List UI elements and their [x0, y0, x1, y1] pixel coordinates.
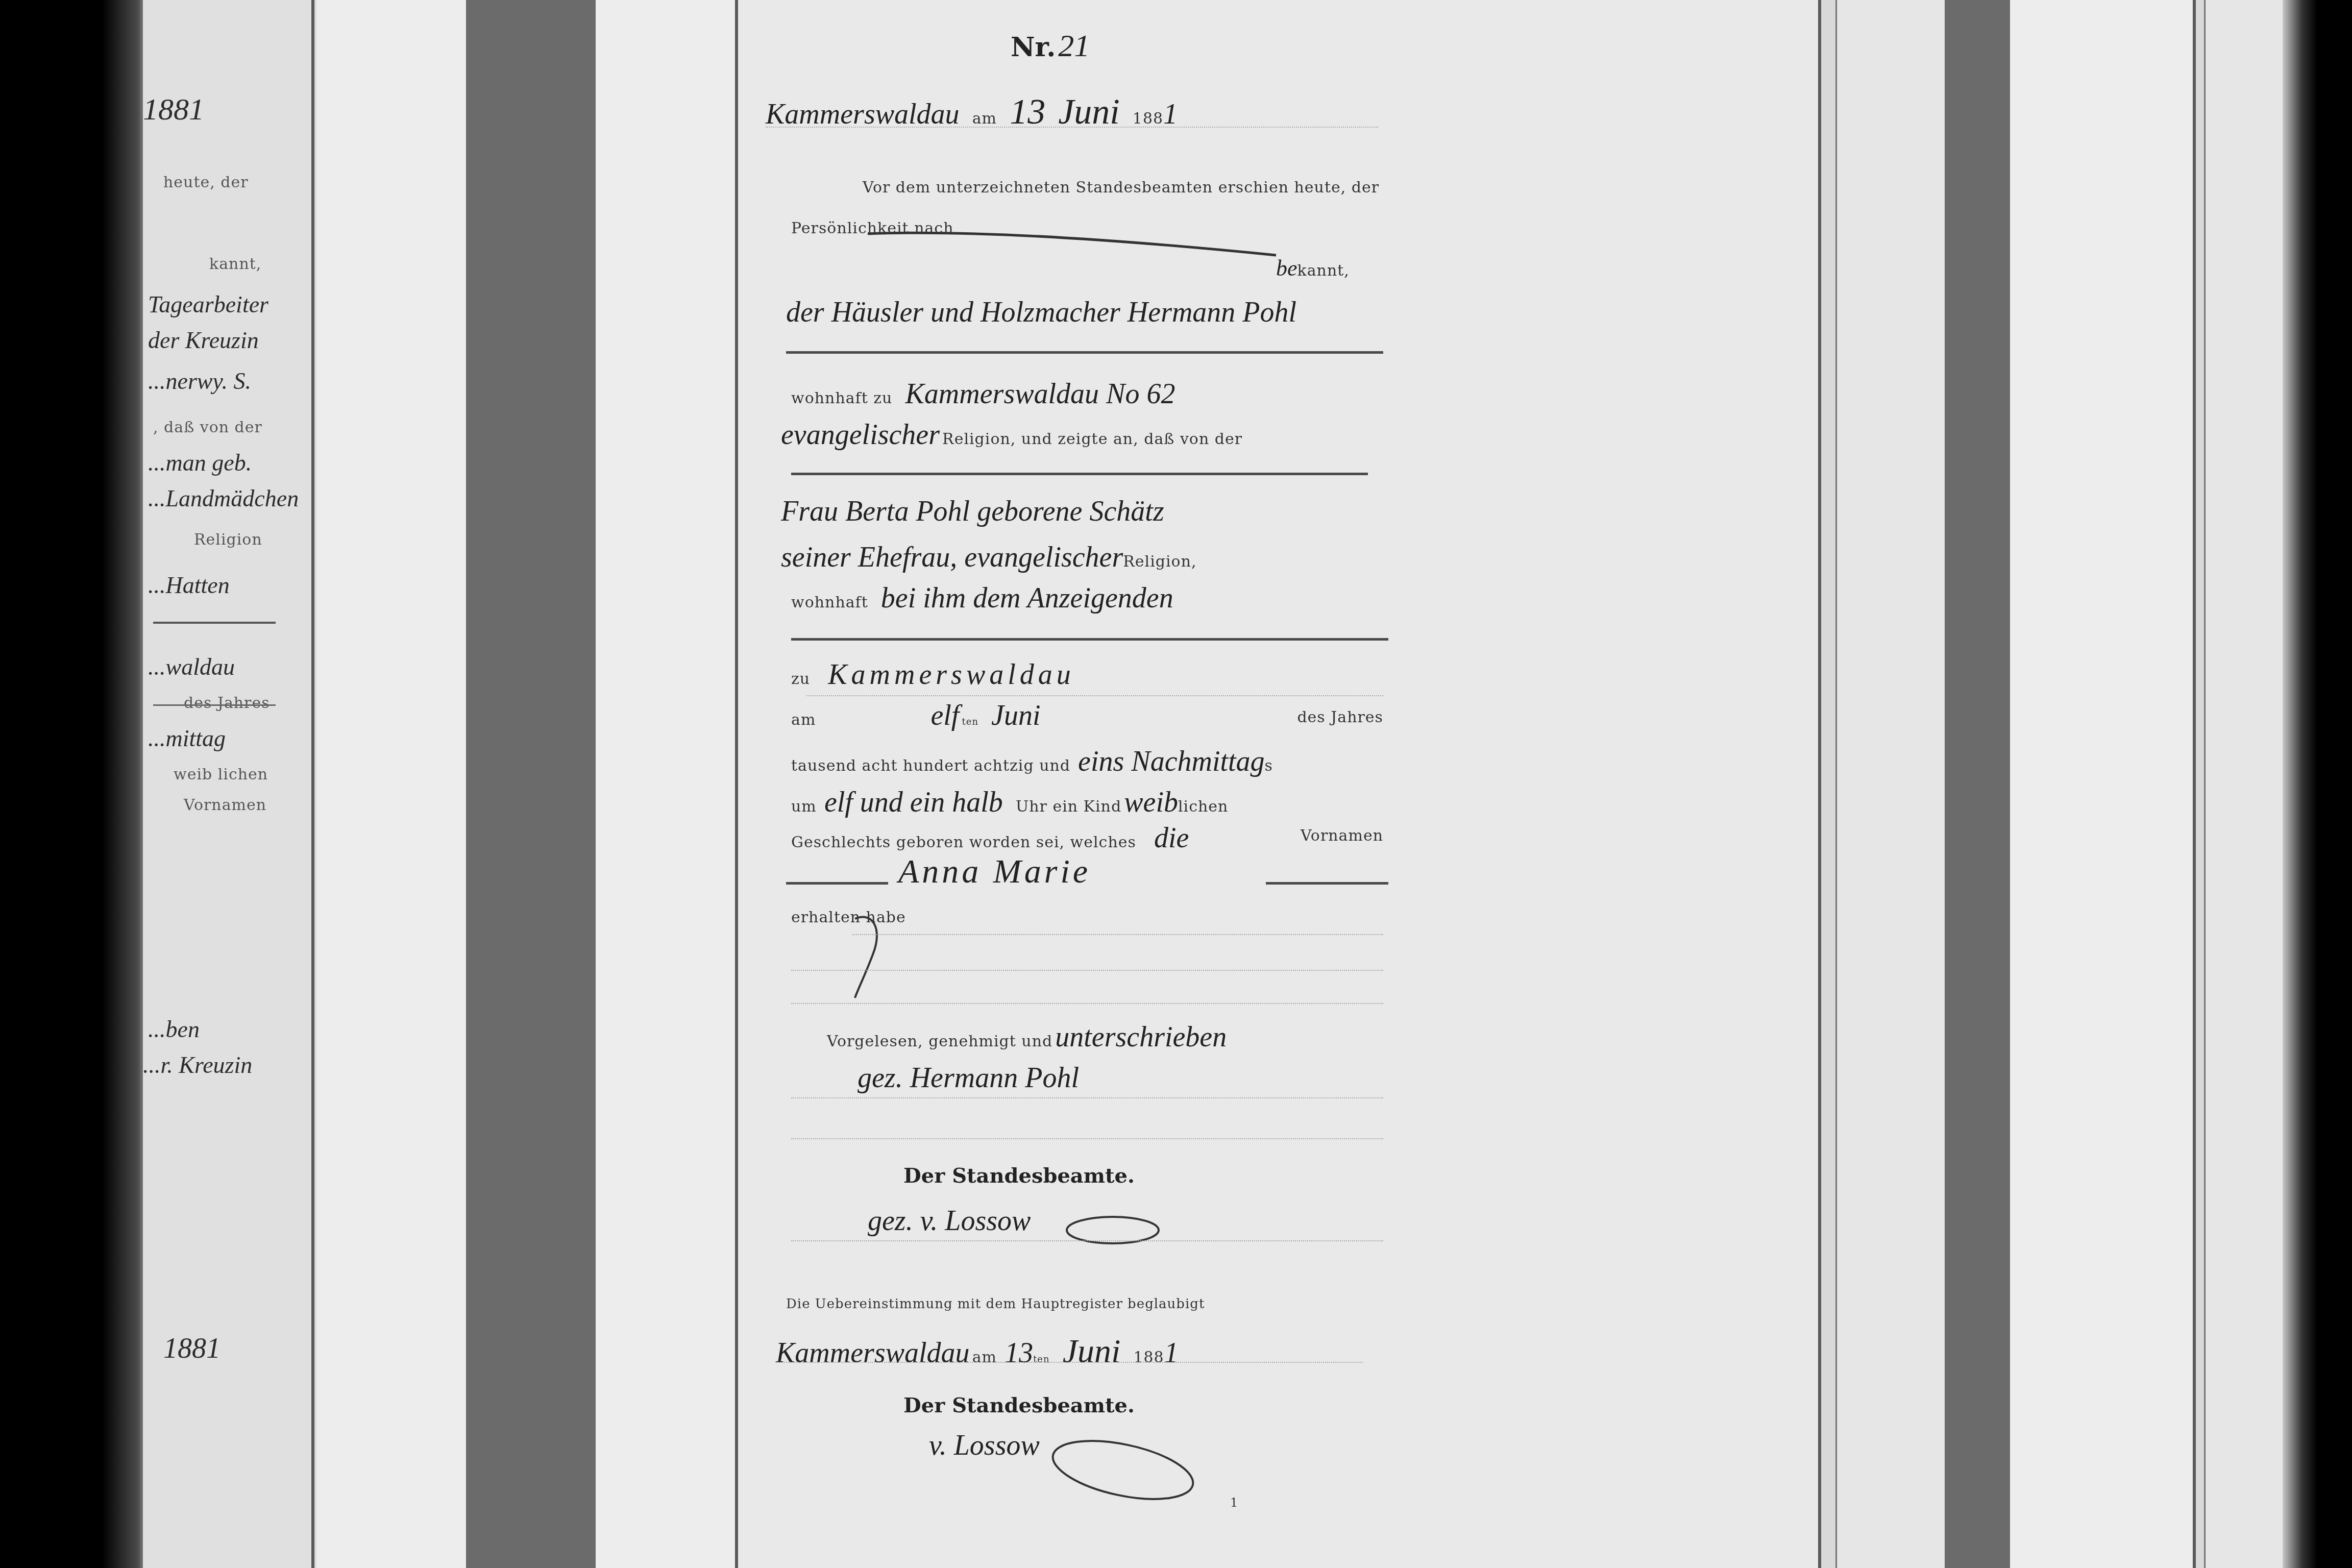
header-dotted-line	[766, 127, 1378, 128]
mother-residence-value: bei ihm dem Anzeigenden	[881, 582, 1173, 614]
received-dotted-3	[791, 1003, 1383, 1004]
date-am-label: am	[791, 711, 816, 729]
left-fragment-place: ...waldau	[148, 653, 235, 680]
religion-value: evangelischer	[781, 419, 940, 451]
born-print: Geschlechts geboren worden sei, welches	[791, 834, 1136, 851]
left-fragment-rule-2	[153, 704, 276, 706]
date-month: Juni	[991, 700, 1040, 731]
right-page-edge-inner	[2204, 0, 2206, 1568]
main-register-page: Nr. 21 Kammerswaldau am 13 Juni 1881 Vor…	[735, 0, 1820, 1568]
right-page-edge	[2193, 0, 2196, 1568]
rule-mother	[791, 638, 1388, 641]
left-page-fragment: 1881 heute, der kannt, Tagearbeiter der …	[143, 0, 311, 1568]
religion-line: evangelischer Religion, und zeigte an, d…	[781, 419, 1242, 451]
header-place: Kammerswaldau	[766, 99, 960, 130]
time-label: um	[791, 798, 817, 816]
header-day: 13	[1010, 92, 1045, 132]
year-words-hand: eins Nachmittag	[1078, 746, 1265, 777]
mother-residence-line: wohnhaft bei ihm dem Anzeigenden	[791, 582, 1173, 615]
entry-number: Nr. 21	[1011, 28, 1090, 64]
mother-relation: seiner Ehefrau, evangelischer	[781, 542, 1123, 573]
left-fragment-line-f: ...Hatten	[148, 572, 230, 599]
born-line: Geschlechts geboren worden sei, welches …	[791, 822, 1383, 854]
signature-dotted	[791, 1097, 1383, 1098]
birthplace-dotted	[806, 695, 1383, 696]
sex-print: lichen	[1178, 798, 1228, 816]
left-fragment-mittag: ...mittag	[148, 725, 226, 752]
main-page-right-edge	[1818, 0, 1821, 1568]
scan-border-right	[2282, 0, 2352, 1568]
header-year-prefix: 188	[1133, 110, 1163, 128]
left-fragment-line-c: ...nerwy. S.	[148, 367, 251, 395]
left-margin-paper	[316, 0, 466, 1568]
year-words-suffix: s	[1265, 757, 1273, 775]
left-fragment-jahres: des Jahres	[184, 694, 270, 712]
header-month: Juni	[1058, 92, 1120, 132]
cert-year-prefix: 188	[1133, 1349, 1164, 1366]
certification-statement: Die Uebereinstimmung mit dem Hauptregist…	[786, 1296, 1205, 1312]
read-approved-hand: unterschrieben	[1055, 1021, 1227, 1053]
header-year-suffix: 1	[1163, 99, 1178, 130]
right-margin-paper	[2010, 0, 2195, 1568]
sex-value: weib	[1124, 787, 1178, 818]
birthplace-line: zu Kammerswaldau	[791, 658, 1075, 691]
scan-border-left	[0, 0, 148, 1568]
residence-label: wohnhaft zu	[791, 389, 892, 407]
informant-signature: gez. Hermann Pohl	[857, 1062, 1079, 1094]
birthdate-line: am elf ten Juni des Jahres	[791, 699, 1383, 732]
cert-day: 13	[1004, 1337, 1033, 1369]
registrar-dotted	[791, 1240, 1383, 1241]
left-fragment-rule	[153, 622, 276, 624]
identity-suffix-hand: be	[1276, 256, 1297, 281]
entry-number-value: 21	[1058, 29, 1090, 63]
residence-value: Kammerswaldau No 62	[905, 378, 1175, 410]
left-fragment-vornamen: Vornamen	[184, 796, 266, 814]
cert-registrar-title: Der Standesbeamte.	[903, 1393, 1135, 1417]
article-hand: die	[1154, 822, 1189, 854]
received-dotted	[852, 934, 1383, 935]
cert-dotted	[776, 1362, 1363, 1363]
left-fragment-line-d: ...man geb.	[148, 449, 252, 476]
left-fragment-sign-b: ...r. Kreuzin	[143, 1051, 252, 1079]
certification-place-date: Kammerswaldau am 13ten Juni 1881	[776, 1332, 1179, 1371]
page-mark: 1	[1230, 1496, 1238, 1510]
residence-line: wohnhaft zu Kammerswaldau No 62	[791, 378, 1175, 410]
left-fragment-heute: heute, der	[163, 174, 249, 191]
right-page-fragment	[2206, 0, 2283, 1568]
main-page-left-edge	[735, 0, 738, 1568]
left-fragment-year-bottom: 1881	[163, 1332, 220, 1365]
left-fragment-religion: Religion	[194, 531, 262, 549]
cert-month: Juni	[1063, 1333, 1121, 1370]
cert-registrar-flourish	[1041, 1434, 1205, 1506]
rule-name-right	[1266, 882, 1388, 885]
religion-print: Religion, und zeigte an, daß von der	[942, 430, 1242, 448]
left-fragment-line-a: Tagearbeiter	[148, 291, 268, 318]
rule-name-left	[786, 882, 888, 885]
time-print: Uhr ein Kind	[1016, 798, 1121, 816]
date-day: elf	[930, 700, 959, 731]
intro-line: Vor dem unterzeichneten Standesbeamten e…	[863, 179, 1379, 197]
rule-religion	[791, 473, 1368, 475]
registrar-flourish	[1062, 1205, 1164, 1256]
left-fragment-line-b: der Kreuzin	[148, 327, 259, 354]
identity-suffix-print: kannt,	[1297, 262, 1350, 280]
left-gutter-paper	[596, 0, 735, 1568]
mother-religion-print: Religion,	[1123, 553, 1196, 571]
left-fragment-dass: , daß von der	[153, 419, 262, 436]
mother-line2: seiner Ehefrau, evangelischerReligion,	[781, 541, 1197, 574]
received-hook-stroke	[852, 914, 893, 1000]
vornamen-label: Vornamen	[1301, 827, 1383, 845]
mother-residence-label: wohnhaft	[791, 594, 868, 611]
time-line: um elf und ein halb Uhr ein Kind weiblic…	[791, 786, 1383, 819]
date-ten: ten	[962, 717, 978, 727]
rule-informant	[786, 351, 1383, 354]
registrar-signature: gez. v. Lossow	[868, 1205, 1031, 1237]
right-dark-strip	[1945, 0, 2010, 1568]
main-page-right-edge-inner	[1835, 0, 1837, 1568]
informant-name: der Häusler und Holzmacher Hermann Pohl	[786, 296, 1296, 329]
left-dark-strip	[466, 0, 596, 1568]
registrar-title: Der Standesbeamte.	[903, 1164, 1135, 1188]
cert-year-suffix: 1	[1164, 1337, 1179, 1369]
year-words-line: tausend acht hundert achtzig und eins Na…	[791, 745, 1383, 778]
time-value: elf und ein halb	[824, 787, 1003, 818]
year-words-print: tausend acht hundert achtzig und	[791, 757, 1070, 775]
identity-suffix: bekannt,	[1276, 255, 1350, 281]
cert-registrar-signature: v. Lossow	[929, 1429, 1040, 1462]
left-fragment-line-e: ...Landmädchen	[148, 485, 299, 512]
birthplace-label: zu	[791, 670, 810, 688]
header-am: am	[972, 110, 997, 128]
read-approved-label: Vorgelesen, genehmigt und	[827, 1033, 1052, 1050]
signature-dotted-2	[791, 1138, 1383, 1139]
left-fragment-sign-a: ...ben	[148, 1016, 200, 1043]
left-page-edge	[311, 0, 314, 1568]
mother-name: Frau Berta Pohl geborene Schätz	[781, 495, 1164, 528]
cert-am: am	[972, 1349, 997, 1366]
entry-number-label: Nr.	[1011, 32, 1056, 63]
birthplace-value: Kammerswaldau	[828, 659, 1075, 691]
cert-day-suffix: ten	[1033, 1354, 1049, 1365]
received-dotted-2	[791, 970, 1383, 971]
right-gutter-paper	[1837, 0, 1945, 1568]
child-name: Anna Marie	[898, 852, 1091, 891]
left-fragment-bekannt: kannt,	[209, 255, 261, 273]
date-year-label: des Jahres	[1297, 708, 1383, 726]
cert-place: Kammerswaldau	[776, 1337, 970, 1369]
left-fragment-weib: weib lichen	[174, 766, 268, 783]
left-fragment-year: 1881	[143, 92, 204, 127]
read-approved-line: Vorgelesen, genehmigt und unterschrieben	[827, 1021, 1227, 1053]
